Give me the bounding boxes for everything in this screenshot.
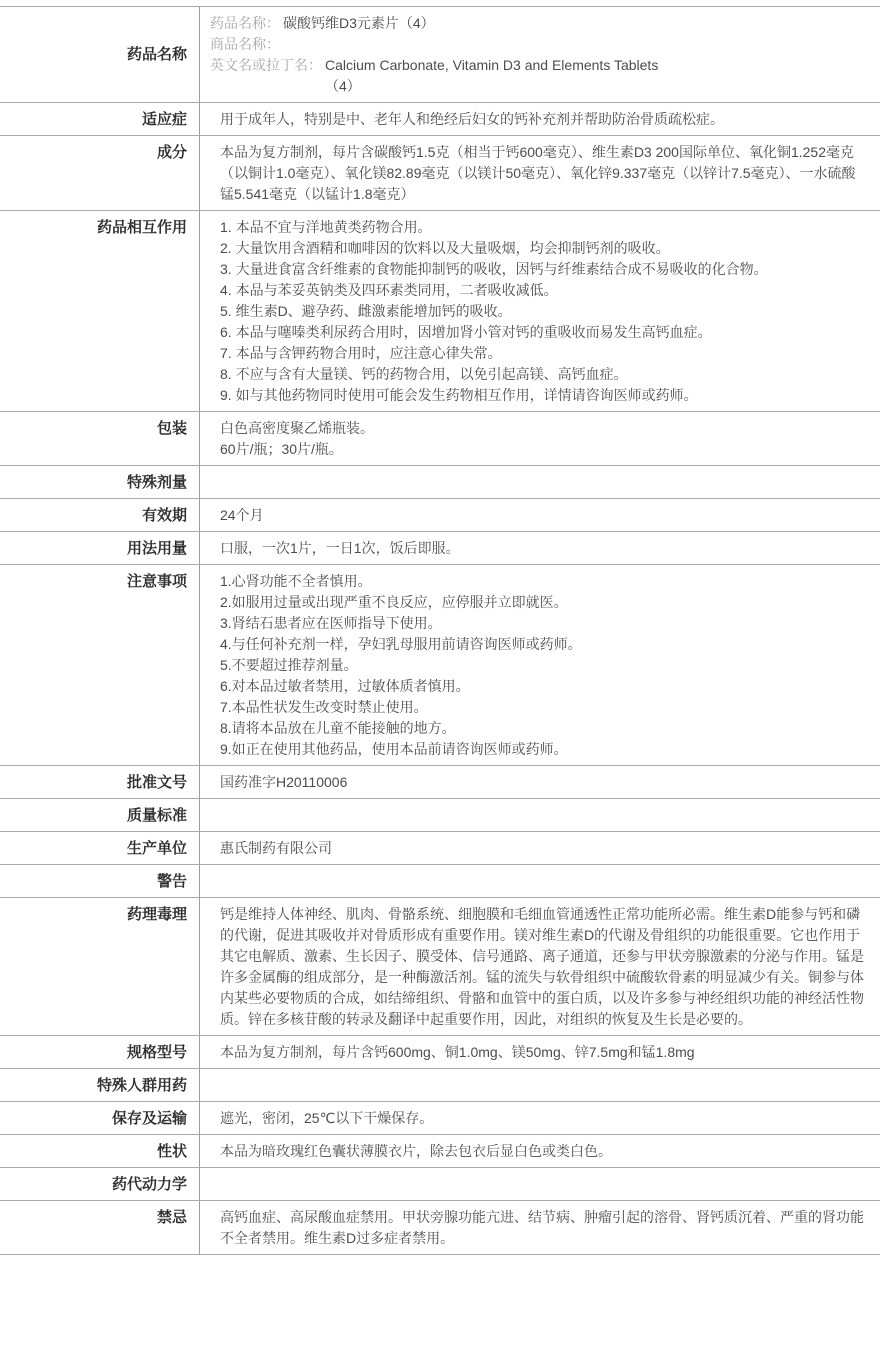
table-row: 性状本品为暗玫瑰红色囊状薄膜衣片，除去包衣后显白色或类白色。 xyxy=(0,1135,880,1168)
drug-info-table: 药品名称药品名称：碳酸钙维D3元素片（4）商品名称：英文名或拉丁名：Calciu… xyxy=(0,6,880,1255)
row-content-line: 9.如正在使用其他药品，使用本品前请咨询医师或药师。 xyxy=(220,739,866,760)
row-content-line: 5. 维生素D、避孕药、雌激素能增加钙的吸收。 xyxy=(220,301,866,322)
row-content-line: 8. 不应与含有大量镁、钙的药物合用，以免引起高镁、高钙血症。 xyxy=(220,364,866,385)
row-content-line: 3.肾结石患者应在医师指导下使用。 xyxy=(220,613,866,634)
row-content-line: 钙是维持人体神经、肌肉、骨骼系统、细胞膜和毛细血管通透性正常功能所必需。维生素D… xyxy=(220,904,866,1030)
table-row: 药代动力学 xyxy=(0,1168,880,1201)
row-content-line: 白色高密度聚乙烯瓶装。 xyxy=(220,418,866,439)
row-content: 药品名称：碳酸钙维D3元素片（4）商品名称：英文名或拉丁名：Calcium Ca… xyxy=(200,7,880,102)
table-row: 规格型号本品为复方制剂，每片含钙600mg、铜1.0mg、镁50mg、锌7.5m… xyxy=(0,1036,880,1069)
row-content: 白色高密度聚乙烯瓶装。60片/瓶；30片/瓶。 xyxy=(200,412,880,465)
row-label: 用法用量 xyxy=(0,532,200,564)
row-content-line: 4.与任何补充剂一样，孕妇乳母服用前请咨询医师或药师。 xyxy=(220,634,866,655)
table-row: 药理毒理钙是维持人体神经、肌肉、骨骼系统、细胞膜和毛细血管通透性正常功能所必需。… xyxy=(0,898,880,1036)
row-content-line: 本品为复方制剂，每片含钙600mg、铜1.0mg、镁50mg、锌7.5mg和锰1… xyxy=(220,1042,866,1063)
row-content-line: 4. 本品与苯妥英钠类及四环素类同用，二者吸收减低。 xyxy=(220,280,866,301)
row-content: 本品为暗玫瑰红色囊状薄膜衣片，除去包衣后显白色或类白色。 xyxy=(200,1135,880,1167)
row-content: 用于成年人，特别是中、老年人和绝经后妇女的钙补充剂并帮助防治骨质疏松症。 xyxy=(200,103,880,135)
table-row: 批准文号国药准字H20110006 xyxy=(0,766,880,799)
row-content xyxy=(200,1069,880,1101)
row-content-line: 高钙血症、高尿酸血症禁用。甲状旁腺功能亢进、结节病、肿瘤引起的溶骨、肾钙质沉着、… xyxy=(220,1207,866,1249)
table-row: 成分本品为复方制剂，每片含碳酸钙1.5克（相当于钙600毫克）、维生素D3 20… xyxy=(0,136,880,211)
table-row: 注意事项1.心肾功能不全者慎用。2.如服用过量或出现严重不良反应，应停服并立即就… xyxy=(0,565,880,766)
table-row: 特殊人群用药 xyxy=(0,1069,880,1102)
row-content-line: 用于成年人，特别是中、老年人和绝经后妇女的钙补充剂并帮助防治骨质疏松症。 xyxy=(220,109,866,130)
row-content-line: 60片/瓶；30片/瓶。 xyxy=(220,439,866,460)
table-row: 禁忌高钙血症、高尿酸血症禁用。甲状旁腺功能亢进、结节病、肿瘤引起的溶骨、肾钙质沉… xyxy=(0,1201,880,1255)
row-label: 药代动力学 xyxy=(0,1168,200,1200)
row-content-line: 7.本品性状发生改变时禁止使用。 xyxy=(220,697,866,718)
row-content: 口服，一次1片，一日1次，饭后即服。 xyxy=(200,532,880,564)
row-content-line: 本品为暗玫瑰红色囊状薄膜衣片，除去包衣后显白色或类白色。 xyxy=(220,1141,866,1162)
row-label: 注意事项 xyxy=(0,565,200,765)
row-content: 高钙血症、高尿酸血症禁用。甲状旁腺功能亢进、结节病、肿瘤引起的溶骨、肾钙质沉着、… xyxy=(200,1201,880,1254)
table-row: 药品相互作用1. 本品不宜与洋地黄类药物合用。2. 大量饮用含酒精和咖啡因的饮料… xyxy=(0,211,880,412)
table-row: 特殊剂量 xyxy=(0,466,880,499)
row-label: 保存及运输 xyxy=(0,1102,200,1134)
row-content-line: 1.心肾功能不全者慎用。 xyxy=(220,571,866,592)
row-content: 本品为复方制剂，每片含碳酸钙1.5克（相当于钙600毫克）、维生素D3 200国… xyxy=(200,136,880,210)
table-row: 质量标准 xyxy=(0,799,880,832)
row-content: 钙是维持人体神经、肌肉、骨骼系统、细胞膜和毛细血管通透性正常功能所必需。维生素D… xyxy=(200,898,880,1035)
table-row: 生产单位惠氏制药有限公司 xyxy=(0,832,880,865)
row-content-line: 本品为复方制剂，每片含碳酸钙1.5克（相当于钙600毫克）、维生素D3 200国… xyxy=(220,142,866,205)
row-content-line: 口服，一次1片，一日1次，饭后即服。 xyxy=(220,538,866,559)
row-content-line: 6. 本品与噻嗪类利尿药合用时，因增加肾小管对钙的重吸收而易发生高钙血症。 xyxy=(220,322,866,343)
row-content-line: 2. 大量饮用含酒精和咖啡因的饮料以及大量吸烟，均会抑制钙剂的吸收。 xyxy=(220,238,866,259)
row-label: 药品名称 xyxy=(0,7,200,102)
row-content: 国药准字H20110006 xyxy=(200,766,880,798)
row-label: 特殊人群用药 xyxy=(0,1069,200,1101)
table-row: 用法用量口服，一次1片，一日1次，饭后即服。 xyxy=(0,532,880,565)
row-label: 规格型号 xyxy=(0,1036,200,1068)
table-row: 有效期24个月 xyxy=(0,499,880,532)
table-row: 警告 xyxy=(0,865,880,898)
row-content-line: 9. 如与其他药物同时使用可能会发生药物相互作用，详情请咨询医师或药师。 xyxy=(220,385,866,406)
row-content-line: 遮光，密闭，25℃以下干燥保存。 xyxy=(220,1108,866,1129)
field-value: Calcium Carbonate, Vitamin D3 and Elemen… xyxy=(325,55,670,97)
row-label: 禁忌 xyxy=(0,1201,200,1254)
row-content-line: 6.对本品过敏者禁用，过敏体质者慎用。 xyxy=(220,676,866,697)
row-content-line: 7. 本品与含钾药物合用时，应注意心律失常。 xyxy=(220,343,866,364)
row-content xyxy=(200,799,880,831)
row-content-line: 1. 本品不宜与洋地黄类药物合用。 xyxy=(220,217,866,238)
row-content-line: 8.请将本品放在儿童不能接触的地方。 xyxy=(220,718,866,739)
field-value: 碳酸钙维D3元素片（4） xyxy=(283,13,435,34)
row-content xyxy=(200,865,880,897)
row-content-line: 5.不要超过推荐剂量。 xyxy=(220,655,866,676)
row-label: 警告 xyxy=(0,865,200,897)
row-label: 生产单位 xyxy=(0,832,200,864)
row-label: 性状 xyxy=(0,1135,200,1167)
row-content: 24个月 xyxy=(200,499,880,531)
row-label: 药品相互作用 xyxy=(0,211,200,411)
table-row: 适应症用于成年人，特别是中、老年人和绝经后妇女的钙补充剂并帮助防治骨质疏松症。 xyxy=(0,103,880,136)
row-label: 批准文号 xyxy=(0,766,200,798)
name-field-line: 药品名称：碳酸钙维D3元素片（4） xyxy=(210,13,866,34)
row-label: 特殊剂量 xyxy=(0,466,200,498)
row-content-line: 国药准字H20110006 xyxy=(220,772,866,793)
row-content: 惠氏制药有限公司 xyxy=(200,832,880,864)
row-label: 成分 xyxy=(0,136,200,210)
row-label: 有效期 xyxy=(0,499,200,531)
row-label: 包装 xyxy=(0,412,200,465)
field-key-label: 英文名或拉丁名： xyxy=(210,55,322,76)
name-field-line: 英文名或拉丁名：Calcium Carbonate, Vitamin D3 an… xyxy=(210,55,866,97)
row-content: 遮光，密闭，25℃以下干燥保存。 xyxy=(200,1102,880,1134)
row-content: 1.心肾功能不全者慎用。2.如服用过量或出现严重不良反应，应停服并立即就医。3.… xyxy=(200,565,880,765)
row-content-line: 惠氏制药有限公司 xyxy=(220,838,866,859)
table-row-drug-name: 药品名称药品名称：碳酸钙维D3元素片（4）商品名称：英文名或拉丁名：Calciu… xyxy=(0,7,880,103)
row-label: 药理毒理 xyxy=(0,898,200,1035)
row-content-line: 24个月 xyxy=(220,505,866,526)
row-content: 本品为复方制剂，每片含钙600mg、铜1.0mg、镁50mg、锌7.5mg和锰1… xyxy=(200,1036,880,1068)
field-key-label: 商品名称： xyxy=(210,34,280,55)
row-content xyxy=(200,1168,880,1200)
field-key-label: 药品名称： xyxy=(210,13,280,34)
table-row: 保存及运输遮光，密闭，25℃以下干燥保存。 xyxy=(0,1102,880,1135)
row-label: 质量标准 xyxy=(0,799,200,831)
row-content-line: 3. 大量进食富含纤维素的食物能抑制钙的吸收，因钙与纤维素结合成不易吸收的化合物… xyxy=(220,259,866,280)
row-content-line: 2.如服用过量或出现严重不良反应，应停服并立即就医。 xyxy=(220,592,866,613)
row-content: 1. 本品不宜与洋地黄类药物合用。2. 大量饮用含酒精和咖啡因的饮料以及大量吸烟… xyxy=(200,211,880,411)
name-field-line: 商品名称： xyxy=(210,34,866,55)
table-row: 包装白色高密度聚乙烯瓶装。60片/瓶；30片/瓶。 xyxy=(0,412,880,466)
row-label: 适应症 xyxy=(0,103,200,135)
row-content xyxy=(200,466,880,498)
